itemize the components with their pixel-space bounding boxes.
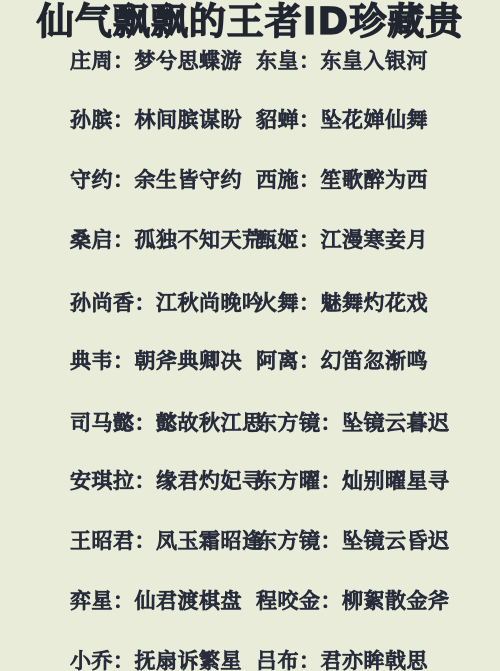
hero-name: 孙膑 [70,108,113,132]
id-entry: 小乔：抚扇诉繁星 [70,648,242,671]
hero-name: 西施 [256,168,299,192]
id-text: 抚扇诉繁星 [135,649,243,671]
colon-separator: ： [321,529,343,553]
hero-name: 弈星 [70,589,113,613]
hero-name: 庄周 [70,49,113,73]
id-text: 魅舞灼花戏 [321,291,429,315]
id-entry: 东方镜：坠镜云昏迟 [256,528,450,554]
hero-name: 东方镜 [256,411,321,435]
id-text: 江秋尚晚吟 [156,291,264,315]
colon-separator: ： [113,168,135,192]
id-entry: 东方曜：灿别曜星寻 [256,468,450,494]
hero-name: 程咬金 [256,589,321,613]
colon-separator: ： [299,108,321,132]
colon-separator: ： [113,228,135,252]
id-entry: 守约：余生皆守约 [70,167,242,193]
id-entry: 西施：笙歌醉为西 [256,167,428,193]
colon-separator: ： [321,589,343,613]
id-entry: 司马懿：懿故秋江思 [70,410,264,436]
colon-separator: ： [299,49,321,73]
id-row: 守约：余生皆守约 西施：笙歌醉为西 [0,167,500,195]
hero-name: 王昭君 [70,529,135,553]
id-entry: 安琪拉：缘君灼妃寻 [70,468,264,494]
id-row: 典韦：朝斧典卿决 阿离：幻笛忽渐鸣 [0,348,500,376]
id-text: 凤玉霜昭逢 [156,529,264,553]
id-text: 坠镜云暮迟 [342,411,450,435]
hero-name: 守约 [70,168,113,192]
id-list-image: 仙气飘飘的王者ID珍藏贵 庄周：梦兮思蝶游 东皇：东皇入银河 孙膑：林间膑谋盼 … [0,0,500,671]
hero-name: 吕布 [256,649,299,671]
colon-separator: ： [113,349,135,373]
colon-separator: ： [299,291,321,315]
id-text: 余生皆守约 [135,168,243,192]
colon-separator: ： [113,49,135,73]
id-entry: 吕布：君亦眸戟思 [256,648,428,671]
colon-separator: ： [299,349,321,373]
id-entry: 火舞：魅舞灼花戏 [256,290,428,316]
hero-name: 司马懿 [70,411,135,435]
id-row: 王昭君：凤玉霜昭逢 东方镜：坠镜云昏迟 [0,528,500,556]
hero-name: 孙尚香 [70,291,135,315]
id-text: 笙歌醉为西 [321,168,429,192]
id-text: 梦兮思蝶游 [135,49,243,73]
hero-name: 甄姬 [256,228,299,252]
colon-separator: ： [113,589,135,613]
hero-name: 典韦 [70,349,113,373]
hero-name: 安琪拉 [70,469,135,493]
id-text: 江漫寒妾月 [321,228,429,252]
hero-name: 阿离 [256,349,299,373]
id-entry: 弈星：仙君渡棋盘 [70,588,242,614]
id-text: 孤独不知天荒 [135,228,264,252]
id-entry: 孙尚香：江秋尚晚吟 [70,290,264,316]
id-text: 朝斧典卿决 [135,349,243,373]
hero-name: 东方曜 [256,469,321,493]
hero-name: 东方镜 [256,529,321,553]
id-row: 弈星：仙君渡棋盘 程咬金：柳絮散金斧 [0,588,500,616]
id-row: 庄周：梦兮思蝶游 东皇：东皇入银河 [0,48,500,76]
colon-separator: ： [135,529,157,553]
hero-name: 火舞 [256,291,299,315]
id-entry: 庄周：梦兮思蝶游 [70,48,242,74]
id-text: 坠花婵仙舞 [321,108,429,132]
id-text: 仙君渡棋盘 [135,589,243,613]
hero-name: 东皇 [256,49,299,73]
colon-separator: ： [135,411,157,435]
colon-separator: ： [299,649,321,671]
id-entry: 典韦：朝斧典卿决 [70,348,242,374]
id-text: 懿故秋江思 [156,411,264,435]
id-row: 小乔：抚扇诉繁星 吕布：君亦眸戟思 [0,648,500,671]
colon-separator: ： [321,469,343,493]
id-entry: 王昭君：凤玉霜昭逢 [70,528,264,554]
id-text: 缘君灼妃寻 [156,469,264,493]
hero-name: 小乔 [70,649,113,671]
id-entry: 东方镜：坠镜云暮迟 [256,410,450,436]
id-entry: 孙膑：林间膑谋盼 [70,107,242,133]
id-text: 灿别曜星寻 [342,469,450,493]
id-row: 孙膑：林间膑谋盼 貂蝉：坠花婵仙舞 [0,107,500,135]
id-entry: 甄姬：江漫寒妾月 [256,227,428,253]
id-row: 安琪拉：缘君灼妃寻 东方曜：灿别曜星寻 [0,468,500,496]
id-entry: 程咬金：柳絮散金斧 [256,588,450,614]
id-entry: 阿离：幻笛忽渐鸣 [256,348,428,374]
page-title: 仙气飘飘的王者ID珍藏贵 [0,0,500,45]
id-entry: 貂蝉：坠花婵仙舞 [256,107,428,133]
colon-separator: ： [135,469,157,493]
id-text: 坠镜云昏迟 [342,529,450,553]
id-text: 柳絮散金斧 [342,589,450,613]
hero-name: 貂蝉 [256,108,299,132]
id-row: 司马懿：懿故秋江思 东方镜：坠镜云暮迟 [0,410,500,438]
colon-separator: ： [321,411,343,435]
colon-separator: ： [299,168,321,192]
id-text: 幻笛忽渐鸣 [321,349,429,373]
id-row: 桑启：孤独不知天荒 甄姬：江漫寒妾月 [0,227,500,255]
id-entry: 桑启：孤独不知天荒 [70,227,264,253]
colon-separator: ： [135,291,157,315]
id-text: 君亦眸戟思 [321,649,429,671]
hero-name: 桑启 [70,228,113,252]
id-text: 林间膑谋盼 [135,108,243,132]
colon-separator: ： [113,108,135,132]
id-row: 孙尚香：江秋尚晚吟 火舞：魅舞灼花戏 [0,290,500,318]
colon-separator: ： [299,228,321,252]
id-entry: 东皇：东皇入银河 [256,48,428,74]
id-text: 东皇入银河 [321,49,429,73]
colon-separator: ： [113,649,135,671]
